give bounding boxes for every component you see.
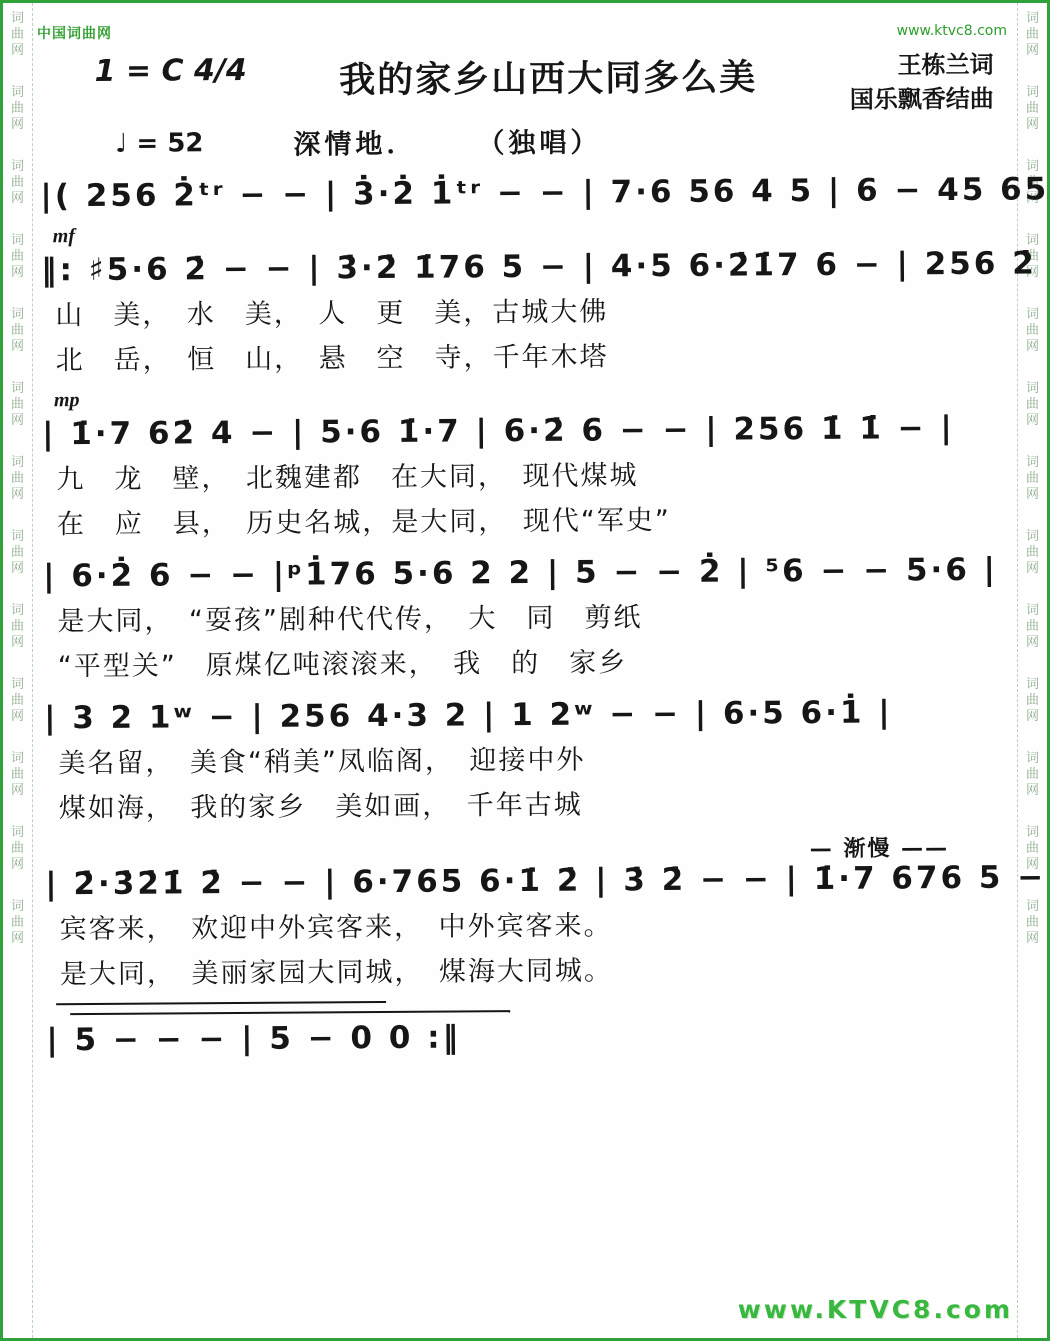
watermark-char: 曲 (11, 175, 24, 191)
watermark-char: 网 (1026, 931, 1039, 947)
watermark-char: 网 (1026, 783, 1039, 799)
watermark-char: 网 (1026, 487, 1039, 503)
watermark-char: 网 (1026, 339, 1039, 355)
watermark-char: 网 (11, 635, 24, 651)
watermark-char: 网 (1026, 43, 1039, 59)
lyrics-line-2: “平型关” 原煤亿吨滚滚来， 我 的 家乡 (44, 638, 1008, 690)
lyricist-credit: 王栋兰词 (849, 48, 993, 83)
watermark-char: 词 (1026, 85, 1039, 101)
voice-type: （独唱） (417, 120, 601, 160)
sheet-music-page: 词曲网词曲网词曲网词曲网词曲网词曲网词曲网词曲网词曲网词曲网词曲网词曲网词曲网 … (0, 0, 1050, 1341)
watermark-char: 曲 (11, 841, 24, 857)
watermark-char: 曲 (1026, 619, 1039, 635)
site-url-bottom: www.KTVC8.com (738, 1295, 1013, 1324)
watermark-char: 曲 (1026, 323, 1039, 339)
watermark-char: 曲 (11, 471, 24, 487)
watermark-char: 词 (1026, 529, 1039, 545)
music-system-1: |( 256 2̇ᵗʳ − − | 3̇·2̇ 1̇ᵗʳ − − | 7·6 5… (40, 167, 1004, 220)
watermark-char: 网 (11, 265, 24, 281)
tempo-row: ♩ = 52 深情地． （独唱） (40, 118, 1004, 164)
music-system-3: mp | 1̇·7 62̇ 4 − | 5·6 1̇·7 | 6·2̇ 6 − … (42, 383, 1007, 548)
expression-marking: 深情地． (203, 122, 417, 162)
left-watermark-strip: 词曲网词曲网词曲网词曲网词曲网词曲网词曲网词曲网词曲网词曲网词曲网词曲网词曲网 (3, 3, 33, 1338)
watermark-char: 词 (1026, 381, 1039, 397)
notation-line: |( 256 2̇ᵗʳ − − | 3̇·2̇ 1̇ᵗʳ − − | 7·6 5… (40, 167, 1004, 220)
watermark-char: 曲 (1026, 841, 1039, 857)
watermark-char: 网 (1026, 413, 1039, 429)
watermark-char: 曲 (1026, 693, 1039, 709)
watermark-char: 词 (11, 825, 24, 841)
watermark-char: 词 (11, 751, 24, 767)
watermark-char: 网 (11, 783, 24, 799)
notation-line: | 1̇·7 62̇ 4 − | 5·6 1̇·7 | 6·2̇ 6 − − |… (42, 405, 1006, 458)
watermark-char: 网 (11, 857, 24, 873)
lyrics-line-2: 北 岳， 恒 山， 悬 空 寺，千年木塔 (41, 332, 1005, 384)
sheet-content: 1 = C 4/4 我的家乡山西大同多么美 王栋兰词 国乐飘香结曲 ♩ = 52… (39, 40, 1010, 1070)
watermark-char: 网 (11, 413, 24, 429)
watermark-char: 曲 (11, 27, 24, 43)
music-system-2: mf ‖: ♯5·6 2̇ − − | 3̇·2̇ 1̇76 5 − | 4·5… (41, 219, 1006, 384)
notation-line: | 6·2̇ 6 − − |ᵖ1̇76 5·6 2 2 | 5 − − 2̇ |… (43, 547, 1007, 600)
lyrics-line-1: 宾客来， 欢迎中外宾客来， 中外宾客来。 (45, 901, 1009, 953)
lyrics-line-2: 在 应 县， 历史名城，是大同， 现代“军史” (43, 496, 1007, 548)
notation-line: | 5 − − − | 5 − 0 0 :‖ (46, 1011, 1010, 1064)
watermark-char: 词 (11, 159, 24, 175)
watermark-char: 曲 (1026, 545, 1039, 561)
watermark-char: 网 (11, 43, 24, 59)
lyrics-line-2: 煤如海， 我的家乡 美如画， 千年古城 (45, 780, 1009, 832)
watermark-char: 词 (11, 899, 24, 915)
watermark-char: 曲 (1026, 915, 1039, 931)
watermark-char: 词 (1026, 751, 1039, 767)
lyrics-line-1: 山 美， 水 美， 人 更 美，古城大佛 (41, 287, 1005, 339)
watermark-char: 词 (1026, 307, 1039, 323)
watermark-char: 曲 (1026, 767, 1039, 783)
watermark-char: 曲 (11, 249, 24, 265)
site-url-top: www.ktvc8.com (897, 23, 1007, 39)
watermark-char: 曲 (1026, 27, 1039, 43)
tie-line-upper (56, 1001, 386, 1005)
watermark-char: 曲 (11, 545, 24, 561)
lyrics-line-1: 是大同， “耍孩”剧种代代传， 大 同 剪纸 (43, 593, 1007, 645)
watermark-char: 网 (11, 561, 24, 577)
composer-credit: 国乐飘香结曲 (850, 82, 994, 117)
watermark-char: 词 (11, 381, 24, 397)
site-brand: 中国词曲网 (37, 23, 112, 43)
watermark-char: 词 (11, 529, 24, 545)
watermark-char: 曲 (1026, 471, 1039, 487)
watermark-char: 曲 (11, 101, 24, 117)
watermark-char: 网 (1026, 709, 1039, 725)
key-signature: 1 = C (94, 53, 183, 89)
watermark-char: 词 (11, 11, 24, 27)
watermark-char: 曲 (11, 323, 24, 339)
watermark-char: 词 (1026, 603, 1039, 619)
watermark-char: 词 (1026, 825, 1039, 841)
watermark-char: 曲 (11, 767, 24, 783)
watermark-char: 网 (11, 931, 24, 947)
notation-line: ‖: ♯5·6 2̇ − − | 3̇·2̇ 1̇76 5 − | 4·5 6·… (41, 241, 1005, 294)
watermark-char: 词 (11, 307, 24, 323)
watermark-char: 词 (11, 85, 24, 101)
title-row: 1 = C 4/4 我的家乡山西大同多么美 王栋兰词 国乐飘香结曲 (39, 48, 1003, 123)
watermark-char: 曲 (1026, 397, 1039, 413)
tempo-marking: ♩ = 52 (40, 128, 204, 159)
credits: 王栋兰词 国乐飘香结曲 (849, 48, 1003, 117)
watermark-char: 词 (11, 233, 24, 249)
lyrics-line-1: 美名留， 美食“稍美”凤临阁， 迎接中外 (44, 735, 1008, 787)
watermark-char: 词 (1026, 455, 1039, 471)
watermark-char: 网 (11, 709, 24, 725)
tie-line (56, 1000, 526, 1015)
watermark-char: 词 (11, 603, 24, 619)
watermark-char: 词 (1026, 11, 1039, 27)
time-signature: 4/4 (194, 53, 247, 88)
music-system-5: | 3 2 1ʷ − | 256 4·3 2 | 1 2ʷ − − | 6·5 … (44, 689, 1009, 832)
watermark-char: 网 (11, 117, 24, 133)
page-title: 我的家乡山西大同多么美 (339, 49, 757, 103)
watermark-char: 网 (11, 487, 24, 503)
watermark-char: 曲 (11, 397, 24, 413)
notation-line: | 3 2 1ʷ − | 256 4·3 2 | 1 2ʷ − − | 6·5 … (44, 689, 1008, 742)
watermark-char: 词 (11, 677, 24, 693)
watermark-char: 曲 (11, 915, 24, 931)
music-system-6: — 渐慢 —— | 2̇·3̇2̇1̇ 2̇ − − | 6·765 6·1̇ … (45, 831, 1010, 998)
watermark-char: 词 (11, 455, 24, 471)
watermark-char: 网 (1026, 117, 1039, 133)
music-system-final: | 5 − − − | 5 − 0 0 :‖ (46, 997, 1010, 1064)
watermark-char: 网 (11, 339, 24, 355)
lyrics-line-2: 是大同， 美丽家园大同城， 煤海大同城。 (46, 946, 1010, 998)
music-system-4: | 6·2̇ 6 − − |ᵖ1̇76 5·6 2 2 | 5 − − 2̇ |… (43, 547, 1008, 690)
watermark-char: 网 (1026, 561, 1039, 577)
notation-line: | 2̇·3̇2̇1̇ 2̇ − − | 6·765 6·1̇ 2̇ | 3̇ … (45, 855, 1009, 908)
watermark-char: 曲 (11, 619, 24, 635)
watermark-char: 网 (1026, 635, 1039, 651)
watermark-char: 网 (11, 191, 24, 207)
watermark-char: 词 (1026, 677, 1039, 693)
lyrics-line-1: 九 龙 壁， 北魏建都 在大同， 现代煤城 (42, 451, 1006, 503)
key-time-signature: 1 = C 4/4 (39, 53, 246, 89)
watermark-char: 曲 (11, 693, 24, 709)
watermark-char: 曲 (1026, 101, 1039, 117)
watermark-char: 词 (1026, 899, 1039, 915)
